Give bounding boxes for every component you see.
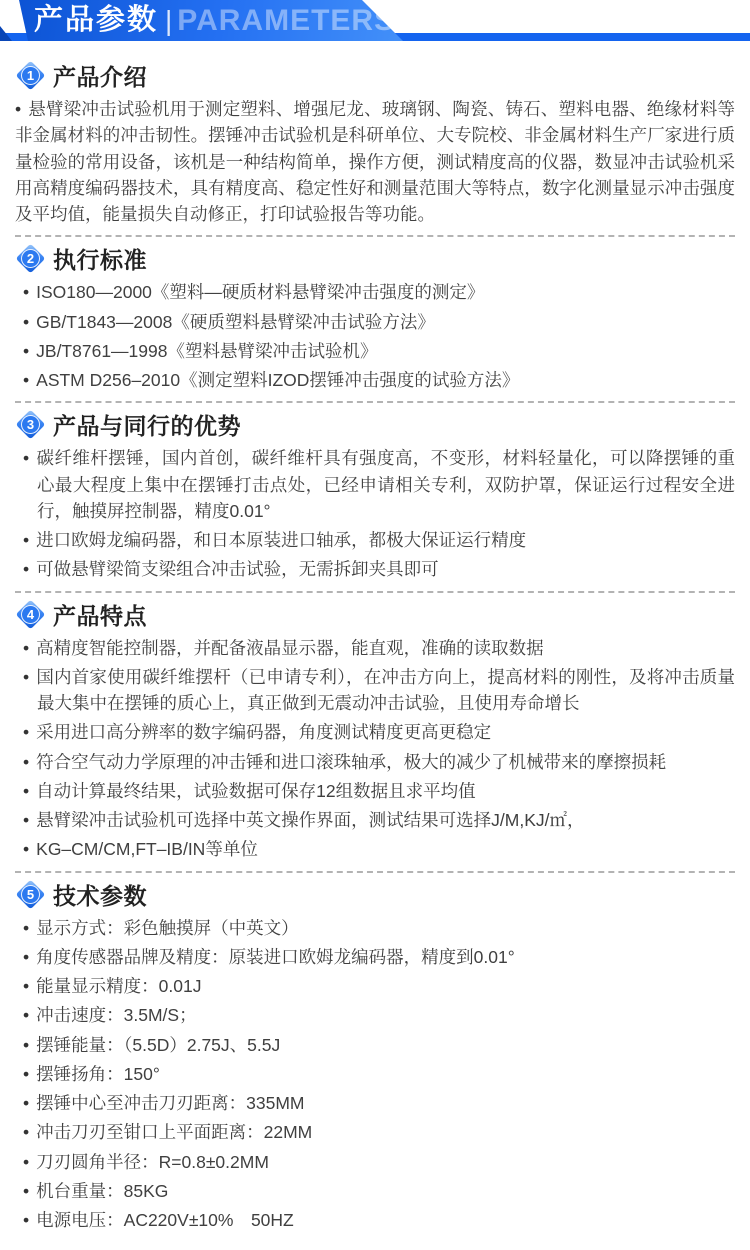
dashed-divider xyxy=(15,401,735,403)
list-item: •高精度智能控制器，并配备液晶显示器，能直观，准确的读取数据 xyxy=(15,635,735,661)
list-item: •ASTM D256–2010《测定塑料IZOD摆锤冲击强度的试验方法》 xyxy=(15,367,735,393)
bullet-icon: • xyxy=(23,559,29,579)
item-text: 刀刃圆角半径：R=0.8±0.2MM xyxy=(36,1152,269,1172)
badge-circle: 1 xyxy=(21,66,40,85)
section-header: 1 产品介绍 xyxy=(15,59,735,92)
item-text: GB/T1843—2008《硬质塑料悬臂梁冲击试验方法》 xyxy=(36,312,435,332)
list-item: •采用进口高分辨率的数字编码器，角度测试精度更高更稳定 xyxy=(15,719,735,745)
banner-title-row: 产品参数 | PARAMETERS xyxy=(0,0,403,41)
list-item: •机台重量：85KG xyxy=(15,1178,735,1204)
bullet-icon: • xyxy=(23,976,29,996)
section-items: •显示方式：彩色触摸屏（中英文） •角度传感器品牌及精度：原装进口欧姆龙编码器，… xyxy=(15,915,735,1234)
section-title: 执行标准 xyxy=(53,242,147,275)
section-items: •悬臂梁冲击试验机用于测定塑料、增强尼龙、玻璃钢、陶瓷、铸石、塑料电器、绝缘材料… xyxy=(15,96,735,227)
bullet-icon: • xyxy=(23,1122,29,1142)
list-item: •冲击刀刃至钳口上平面距离：22MM xyxy=(15,1119,735,1145)
page-title-en: PARAMETERS xyxy=(177,0,395,41)
bullet-icon: • xyxy=(23,1181,29,1201)
bullet-icon: • xyxy=(23,918,29,938)
bullet-icon: • xyxy=(23,1035,29,1055)
item-text: 悬臂梁冲击试验机用于测定塑料、增强尼龙、玻璃钢、陶瓷、铸石、塑料电器、绝缘材料等… xyxy=(15,99,735,224)
bullet-icon: • xyxy=(23,448,29,468)
bullet-icon: • xyxy=(23,667,29,687)
bullet-icon: • xyxy=(23,810,29,830)
banner-divider: | xyxy=(165,0,172,41)
section: 5 技术参数 •显示方式：彩色触摸屏（中英文） •角度传感器品牌及精度：原装进口… xyxy=(15,878,735,1234)
bullet-icon: • xyxy=(23,370,29,390)
item-text: 摆锤能量：（5.5D）2.75J、5.5J xyxy=(36,1035,280,1055)
item-text: 碳纤维杆摆锤，国内首创，碳纤维杆具有强度高，不变形，材料轻量化，可以降摆锤的重心… xyxy=(36,448,735,521)
bullet-icon: • xyxy=(23,839,29,859)
bullet-icon: • xyxy=(23,781,29,801)
list-item: •摆锤能量：（5.5D）2.75J、5.5J xyxy=(15,1032,735,1058)
list-item: •碳纤维杆摆锤，国内首创，碳纤维杆具有强度高，不变形，材料轻量化，可以降摆锤的重… xyxy=(15,445,735,524)
bullet-icon: • xyxy=(23,1210,29,1230)
bullet-icon: • xyxy=(23,341,29,361)
bullet-icon: • xyxy=(23,722,29,742)
section-number: 3 xyxy=(27,418,34,431)
page-banner: 产品参数 | PARAMETERS xyxy=(0,0,750,42)
section-items: •高精度智能控制器，并配备液晶显示器，能直观，准确的读取数据 •国内首家使用碳纤… xyxy=(15,635,735,863)
list-item: •ISO180—2000《塑料—硬质材料悬臂梁冲击强度的测定》 xyxy=(15,279,735,305)
item-text: 可做悬臂梁简支梁组合冲击试验，无需拆卸夹具即可 xyxy=(36,559,439,579)
list-item: •悬臂梁冲击试验机用于测定塑料、增强尼龙、玻璃钢、陶瓷、铸石、塑料电器、绝缘材料… xyxy=(15,96,735,227)
item-text: 自动计算最终结果，试验数据可保存12组数据且求平均值 xyxy=(36,781,475,801)
section-number-badge: 1 xyxy=(15,60,46,91)
section-number: 1 xyxy=(27,69,34,82)
list-item: •悬臂梁冲击试验机可选择中英文操作界面，测试结果可选择J/M,KJ/㎡， xyxy=(15,807,735,833)
bullet-icon: • xyxy=(23,1093,29,1113)
section-title: 产品与同行的优势 xyxy=(53,408,241,441)
banner-trapezoid: 产品参数 | PARAMETERS xyxy=(0,0,403,41)
item-text: 摆锤中心至冲击刀刃距离：335MM xyxy=(36,1093,304,1113)
list-item: •摆锤中心至冲击刀刃距离：335MM xyxy=(15,1090,735,1116)
item-text: 高精度智能控制器，并配备液晶显示器，能直观，准确的读取数据 xyxy=(36,638,544,658)
list-item: •JB/T8761—1998《塑料悬臂梁冲击试验机》 xyxy=(15,338,735,364)
item-text: ISO180—2000《塑料—硬质材料悬臂梁冲击强度的测定》 xyxy=(36,282,484,302)
section-items: •碳纤维杆摆锤，国内首创，碳纤维杆具有强度高，不变形，材料轻量化，可以降摆锤的重… xyxy=(15,445,735,582)
bullet-icon: • xyxy=(15,99,21,119)
list-item: •GB/T1843—2008《硬质塑料悬臂梁冲击试验方法》 xyxy=(15,309,735,335)
section: 4 产品特点 •高精度智能控制器，并配备液晶显示器，能直观，准确的读取数据 •国… xyxy=(15,598,735,873)
section-number: 4 xyxy=(27,608,34,621)
item-text: 采用进口高分辨率的数字编码器，角度测试精度更高更稳定 xyxy=(36,722,491,742)
list-item: •KG–CM/CM,FT–IB/IN等单位 xyxy=(15,836,735,862)
item-text: 角度传感器品牌及精度：原装进口欧姆龙编码器，精度到0.01° xyxy=(36,947,515,967)
bullet-icon: • xyxy=(23,1064,29,1084)
section-header: 5 技术参数 xyxy=(15,878,735,911)
list-item: •显示方式：彩色触摸屏（中英文） xyxy=(15,915,735,941)
list-item: •国内首家使用碳纤维摆杆（已申请专利），在冲击方向上，提高材料的刚性，及将冲击质… xyxy=(15,664,735,717)
list-item: •摆锤扬角：150° xyxy=(15,1061,735,1087)
section-header: 4 产品特点 xyxy=(15,598,735,631)
item-text: 国内首家使用碳纤维摆杆（已申请专利），在冲击方向上，提高材料的刚性，及将冲击质量… xyxy=(36,667,735,713)
list-item: •能量显示精度：0.01J xyxy=(15,973,735,999)
section-title: 技术参数 xyxy=(53,878,147,911)
item-text: 冲击速度：3.5M/S； xyxy=(36,1005,196,1025)
item-text: 显示方式：彩色触摸屏（中英文） xyxy=(36,918,299,938)
section-header: 3 产品与同行的优势 xyxy=(15,408,735,441)
bullet-icon: • xyxy=(23,282,29,302)
item-text: 符合空气动力学原理的冲击锤和进口滚珠轴承，极大的减少了机械带来的摩擦损耗 xyxy=(36,752,666,772)
bullet-icon: • xyxy=(23,312,29,332)
section-title: 产品特点 xyxy=(53,598,147,631)
dashed-divider xyxy=(15,591,735,593)
item-text: 冲击刀刃至钳口上平面距离：22MM xyxy=(36,1122,312,1142)
list-item: •可做悬臂梁简支梁组合冲击试验，无需拆卸夹具即可 xyxy=(15,556,735,582)
list-item: •角度传感器品牌及精度：原装进口欧姆龙编码器，精度到0.01° xyxy=(15,944,735,970)
item-text: 机台重量：85KG xyxy=(36,1181,168,1201)
item-text: KG–CM/CM,FT–IB/IN等单位 xyxy=(36,839,258,859)
badge-circle: 4 xyxy=(21,605,40,624)
section-number-badge: 5 xyxy=(15,879,46,910)
item-text: 摆锤扬角：150° xyxy=(36,1064,160,1084)
sections-root: 1 产品介绍 •悬臂梁冲击试验机用于测定塑料、增强尼龙、玻璃钢、陶瓷、铸石、塑料… xyxy=(0,42,750,1250)
bullet-icon: • xyxy=(23,638,29,658)
section-title: 产品介绍 xyxy=(53,59,147,92)
section-number-badge: 2 xyxy=(15,243,46,274)
bullet-icon: • xyxy=(23,752,29,772)
section-items: •ISO180—2000《塑料—硬质材料悬臂梁冲击强度的测定》 •GB/T184… xyxy=(15,279,735,393)
list-item: •符合空气动力学原理的冲击锤和进口滚珠轴承，极大的减少了机械带来的摩擦损耗 xyxy=(15,749,735,775)
bullet-icon: • xyxy=(23,947,29,967)
item-text: 能量显示精度：0.01J xyxy=(36,976,201,996)
section: 3 产品与同行的优势 •碳纤维杆摆锤，国内首创，碳纤维杆具有强度高，不变形，材料… xyxy=(15,408,735,592)
item-text: JB/T8761—1998《塑料悬臂梁冲击试验机》 xyxy=(36,341,377,361)
section: 1 产品介绍 •悬臂梁冲击试验机用于测定塑料、增强尼龙、玻璃钢、陶瓷、铸石、塑料… xyxy=(15,59,735,237)
dashed-divider xyxy=(15,235,735,237)
list-item: •进口欧姆龙编码器，和日本原装进口轴承，都极大保证运行精度 xyxy=(15,527,735,553)
item-text: ASTM D256–2010《测定塑料IZOD摆锤冲击强度的试验方法》 xyxy=(36,370,519,390)
bullet-icon: • xyxy=(23,1152,29,1172)
page-title-cn: 产品参数 xyxy=(34,0,158,41)
item-text: 悬臂梁冲击试验机可选择中英文操作界面，测试结果可选择J/M,KJ/㎡， xyxy=(36,810,584,830)
list-item: •刀刃圆角半径：R=0.8±0.2MM xyxy=(15,1149,735,1175)
bullet-icon: • xyxy=(23,1005,29,1025)
section-number-badge: 4 xyxy=(15,599,46,630)
badge-circle: 5 xyxy=(21,885,40,904)
list-item: •自动计算最终结果，试验数据可保存12组数据且求平均值 xyxy=(15,778,735,804)
section-number: 5 xyxy=(27,888,34,901)
section-number: 2 xyxy=(27,252,34,265)
dashed-divider xyxy=(15,871,735,873)
section-number-badge: 3 xyxy=(15,409,46,440)
section: 2 执行标准 •ISO180—2000《塑料—硬质材料悬臂梁冲击强度的测定》 •… xyxy=(15,242,735,403)
list-item: •电源电压：AC220V±10% 50HZ xyxy=(15,1207,735,1233)
item-text: 电源电压：AC220V±10% 50HZ xyxy=(36,1210,294,1230)
section-header: 2 执行标准 xyxy=(15,242,735,275)
list-item: •冲击速度：3.5M/S； xyxy=(15,1002,735,1028)
bullet-icon: • xyxy=(23,530,29,550)
item-text: 进口欧姆龙编码器，和日本原装进口轴承，都极大保证运行精度 xyxy=(36,530,526,550)
